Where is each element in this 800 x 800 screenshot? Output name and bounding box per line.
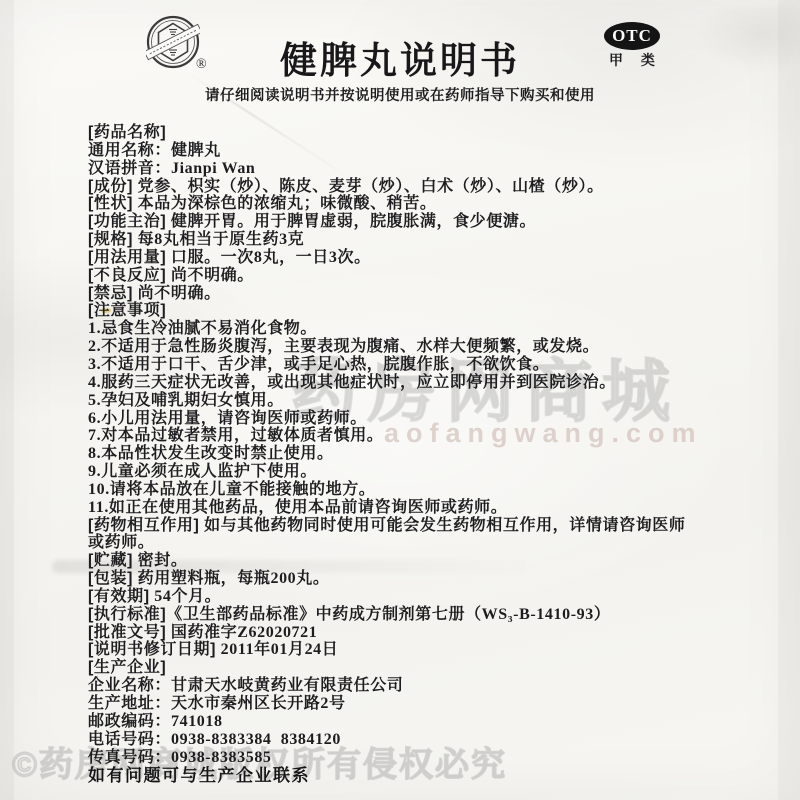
leaflet-line-3: 汉语拼音：Jianpi Wan [88, 160, 778, 178]
section-label: [注意事项] [88, 302, 166, 319]
leaflet-line-5: [性状] 本品为深棕色的浓缩丸；味微酸、稍苦。 [88, 195, 778, 213]
closing-note: 如有问题可与生产企业联系 [88, 766, 310, 786]
leaflet-line-15: 4.服药三天症状无改善，或出现其他症状时，应立即停用并到医院诊治。 [88, 374, 778, 392]
section-label: [批准文号] [88, 624, 166, 641]
section-label: [贮藏] [88, 552, 133, 569]
section-label: [禁忌] [88, 285, 133, 302]
leaflet-line-4: [成份] 党参、枳实（炒）、陈皮、麦芽（炒）、白术（炒）、山楂（炒）。 [88, 178, 778, 196]
paper-edge-shade [778, 0, 800, 800]
section-label: [不良反应] [88, 267, 166, 284]
section-label: [成份] [88, 178, 133, 195]
section-label: [功能主治] [88, 213, 166, 230]
section-label: [有效期] [88, 588, 150, 605]
leaflet-page: 药房网商城 aofangwang.com ©药房网商城版权所有侵权必究 ® OT… [0, 0, 800, 800]
leaflet-line-33: 生产地址：天水市秦州区长开路2号 [88, 695, 778, 713]
leaflet-line-16: 5.孕妇及哺乳期妇女慎用。 [88, 392, 778, 410]
leaflet-line-17: 6.小儿用法用量，请咨询医师或药师。 [88, 410, 778, 428]
section-label: [包装] [88, 570, 133, 587]
section-label: [规格] [88, 231, 133, 248]
leaflet-line-7: [规格] 每8丸相当于原生药3克 [88, 231, 778, 249]
leaflet-line-35: 电话号码：0938-8383384 8384120 [88, 731, 778, 749]
leaflet-line-29: [批准文号] 国药准字Z62020721 [88, 624, 778, 642]
section-label: [说明书修订日期] [88, 641, 216, 658]
leaflet-line-1: [药品名称] [88, 124, 778, 142]
leaflet-line-26: [包装] 药用塑料瓶，每瓶200丸。 [88, 570, 778, 588]
leaflet-line-25: [贮藏] 密封。 [88, 552, 778, 570]
section-label: [生产企业] [88, 659, 166, 676]
leaflet-line-13: 2.不适用于急性肠炎腹泻，主要表现为腹痛、水样大便频繁，或发烧。 [88, 338, 778, 356]
leaflet-line-14: 3.不适用于口干、舌少津，或手足心热，脘腹作胀，不欲饮食。 [88, 356, 778, 374]
leaflet-line-32: 企业名称：甘肃天水岐黄药业有限责任公司 [88, 677, 778, 695]
section-label: [性状] [88, 195, 133, 212]
leaflet-line-22: 11.如正在使用其他药品，使用本品前请咨询医师或药师。 [88, 499, 778, 517]
leaflet-line-21: 10.请将本品放在儿童不能接触的地方。 [88, 481, 778, 499]
page-title: 健脾丸说明书 [0, 42, 800, 79]
section-label: [执行标准] [88, 606, 166, 623]
leaflet-line-24: 或药师。 [88, 534, 778, 552]
leaflet-line-23: [药物相互作用] 如与其他药物同时使用可能会发生药物相互作用，详情请咨询医师 [88, 517, 778, 535]
leaflet-line-31: [生产企业] [88, 659, 778, 677]
leaflet-line-19: 8.本品性状发生改变时禁止使用。 [88, 445, 778, 463]
paper-edge-shade [0, 0, 14, 800]
leaflet-line-6: [功能主治] 健脾开胃。用于脾胃虚弱，脘腹胀满，食少便溏。 [88, 213, 778, 231]
leaflet-line-27: [有效期] 54个月。 [88, 588, 778, 606]
leaflet-line-20: 9.儿童必须在成人监护下使用。 [88, 463, 778, 481]
section-label: [用法用量] [88, 249, 166, 266]
leaflet-line-28: [执行标准]《卫生部药品标准》中药成方制剂第七册（WS₃-B-1410-93） [88, 606, 778, 624]
leaflet-line-30: [说明书修订日期] 2011年01月24日 [88, 641, 778, 659]
leaflet-line-2: 通用名称：健脾丸 [88, 142, 778, 160]
section-label: [药物相互作用] [88, 517, 199, 534]
page-subtitle: 请仔细阅读说明书并按说明使用或在药师指导下购买和使用 [0, 89, 800, 104]
leaflet-line-9: [不良反应] 尚不明确。 [88, 267, 778, 285]
leaflet-line-12: 1.忌食生冷油腻不易消化食物。 [88, 320, 778, 338]
leaflet-line-8: [用法用量] 口服。一次8丸，一日3次。 [88, 249, 778, 267]
leaflet-body: [药品名称]通用名称：健脾丸汉语拼音：Jianpi Wan[成份] 党参、枳实（… [88, 124, 778, 766]
leaflet-line-34: 邮政编码：741018 [88, 713, 778, 731]
section-label: [药品名称] [88, 124, 166, 141]
leaflet-line-10: [禁忌] 尚不明确。 [88, 285, 778, 303]
leaflet-line-11: [注意事项] [88, 302, 778, 320]
leaflet-line-18: 7.对本品过敏者禁用，过敏体质者慎用。 [88, 427, 778, 445]
leaflet-line-36: 传真号码：0938-8383585 [88, 749, 778, 767]
